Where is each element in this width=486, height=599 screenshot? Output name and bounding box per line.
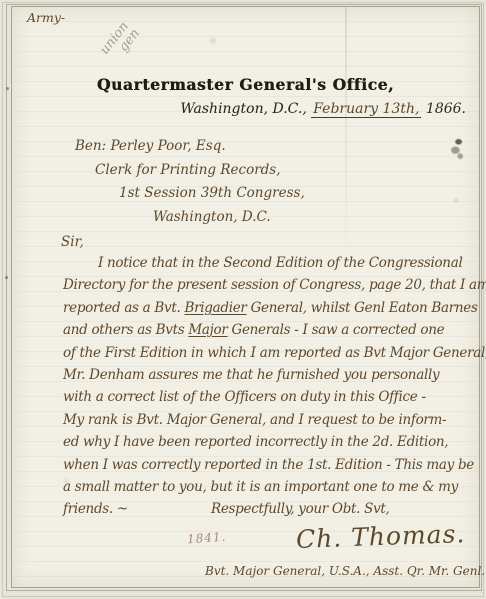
body-line-underlined-word: Major xyxy=(188,322,227,338)
paper-crease xyxy=(345,7,347,267)
foxing-stain xyxy=(208,37,218,45)
scanned-letter: Army- union gen Quartermaster General's … xyxy=(0,0,486,599)
body-line: a small matter to you, but it is an impo… xyxy=(63,479,458,495)
body-line-segment: and others as Bvts xyxy=(63,322,188,338)
body-line: Directory for the present session of Con… xyxy=(63,277,486,293)
closing-respectfully: Respectfully, your Obt. Svt, xyxy=(211,501,390,517)
ink-blot xyxy=(449,137,465,161)
body-line: with a correct list of the Officers on d… xyxy=(63,389,426,405)
army-annotation: Army- xyxy=(27,10,65,25)
catalog-number-annotation: 1841. xyxy=(187,530,227,547)
body-line: when I was correctly reported in the 1st… xyxy=(63,457,474,473)
recipient-city: Washington, D.C. xyxy=(153,209,271,225)
date-place: Washington, D.C., xyxy=(180,101,306,117)
paper-speck xyxy=(5,276,8,279)
salutation: Sir, xyxy=(61,234,84,250)
body-line: I notice that in the Second Edition of t… xyxy=(98,255,462,271)
body-line-segment: Generals - I saw a corrected one xyxy=(228,322,445,338)
body-line: reported as a Bvt. Brigadier General, wh… xyxy=(63,300,478,316)
letter-paper: Army- union gen Quartermaster General's … xyxy=(11,6,480,588)
recipient-session: 1st Session 39th Congress, xyxy=(119,185,305,201)
recipient-title: Clerk for Printing Records, xyxy=(95,162,281,178)
body-line: friends. ~ xyxy=(63,501,128,517)
body-line: of the First Edition in which I am repor… xyxy=(63,345,486,361)
signer-title: Bvt. Major General, U.S.A., Asst. Qr. Mr… xyxy=(205,564,485,578)
letterhead-office-title: Quartermaster General's Office, xyxy=(12,75,479,94)
body-line-segment: General, whilst Genl Eaton Barnes xyxy=(247,300,478,316)
foxing-stain xyxy=(452,197,460,204)
body-line-segment: reported as a Bvt. xyxy=(63,300,184,316)
paper-speck xyxy=(6,87,9,90)
recipient-name: Ben: Perley Poor, Esq. xyxy=(75,138,226,154)
body-line: ed why I have been reported incorrectly … xyxy=(63,434,448,450)
body-line-underlined-word: Brigadier xyxy=(184,300,246,316)
pencil-annotation: union gen xyxy=(98,19,142,65)
date-day: February 13th, xyxy=(311,101,421,118)
signature: Ch. Thomas. xyxy=(296,519,466,554)
body-line: Mr. Denham assures me that he furnished … xyxy=(63,367,439,383)
body-line: My rank is Bvt. Major General, and I req… xyxy=(63,412,446,428)
letterhead-dateline: Washington, D.C., February 13th, 1866. xyxy=(180,101,466,117)
date-year: 1866. xyxy=(426,101,466,117)
body-line: and others as Bvts Major Generals - I sa… xyxy=(63,322,444,338)
